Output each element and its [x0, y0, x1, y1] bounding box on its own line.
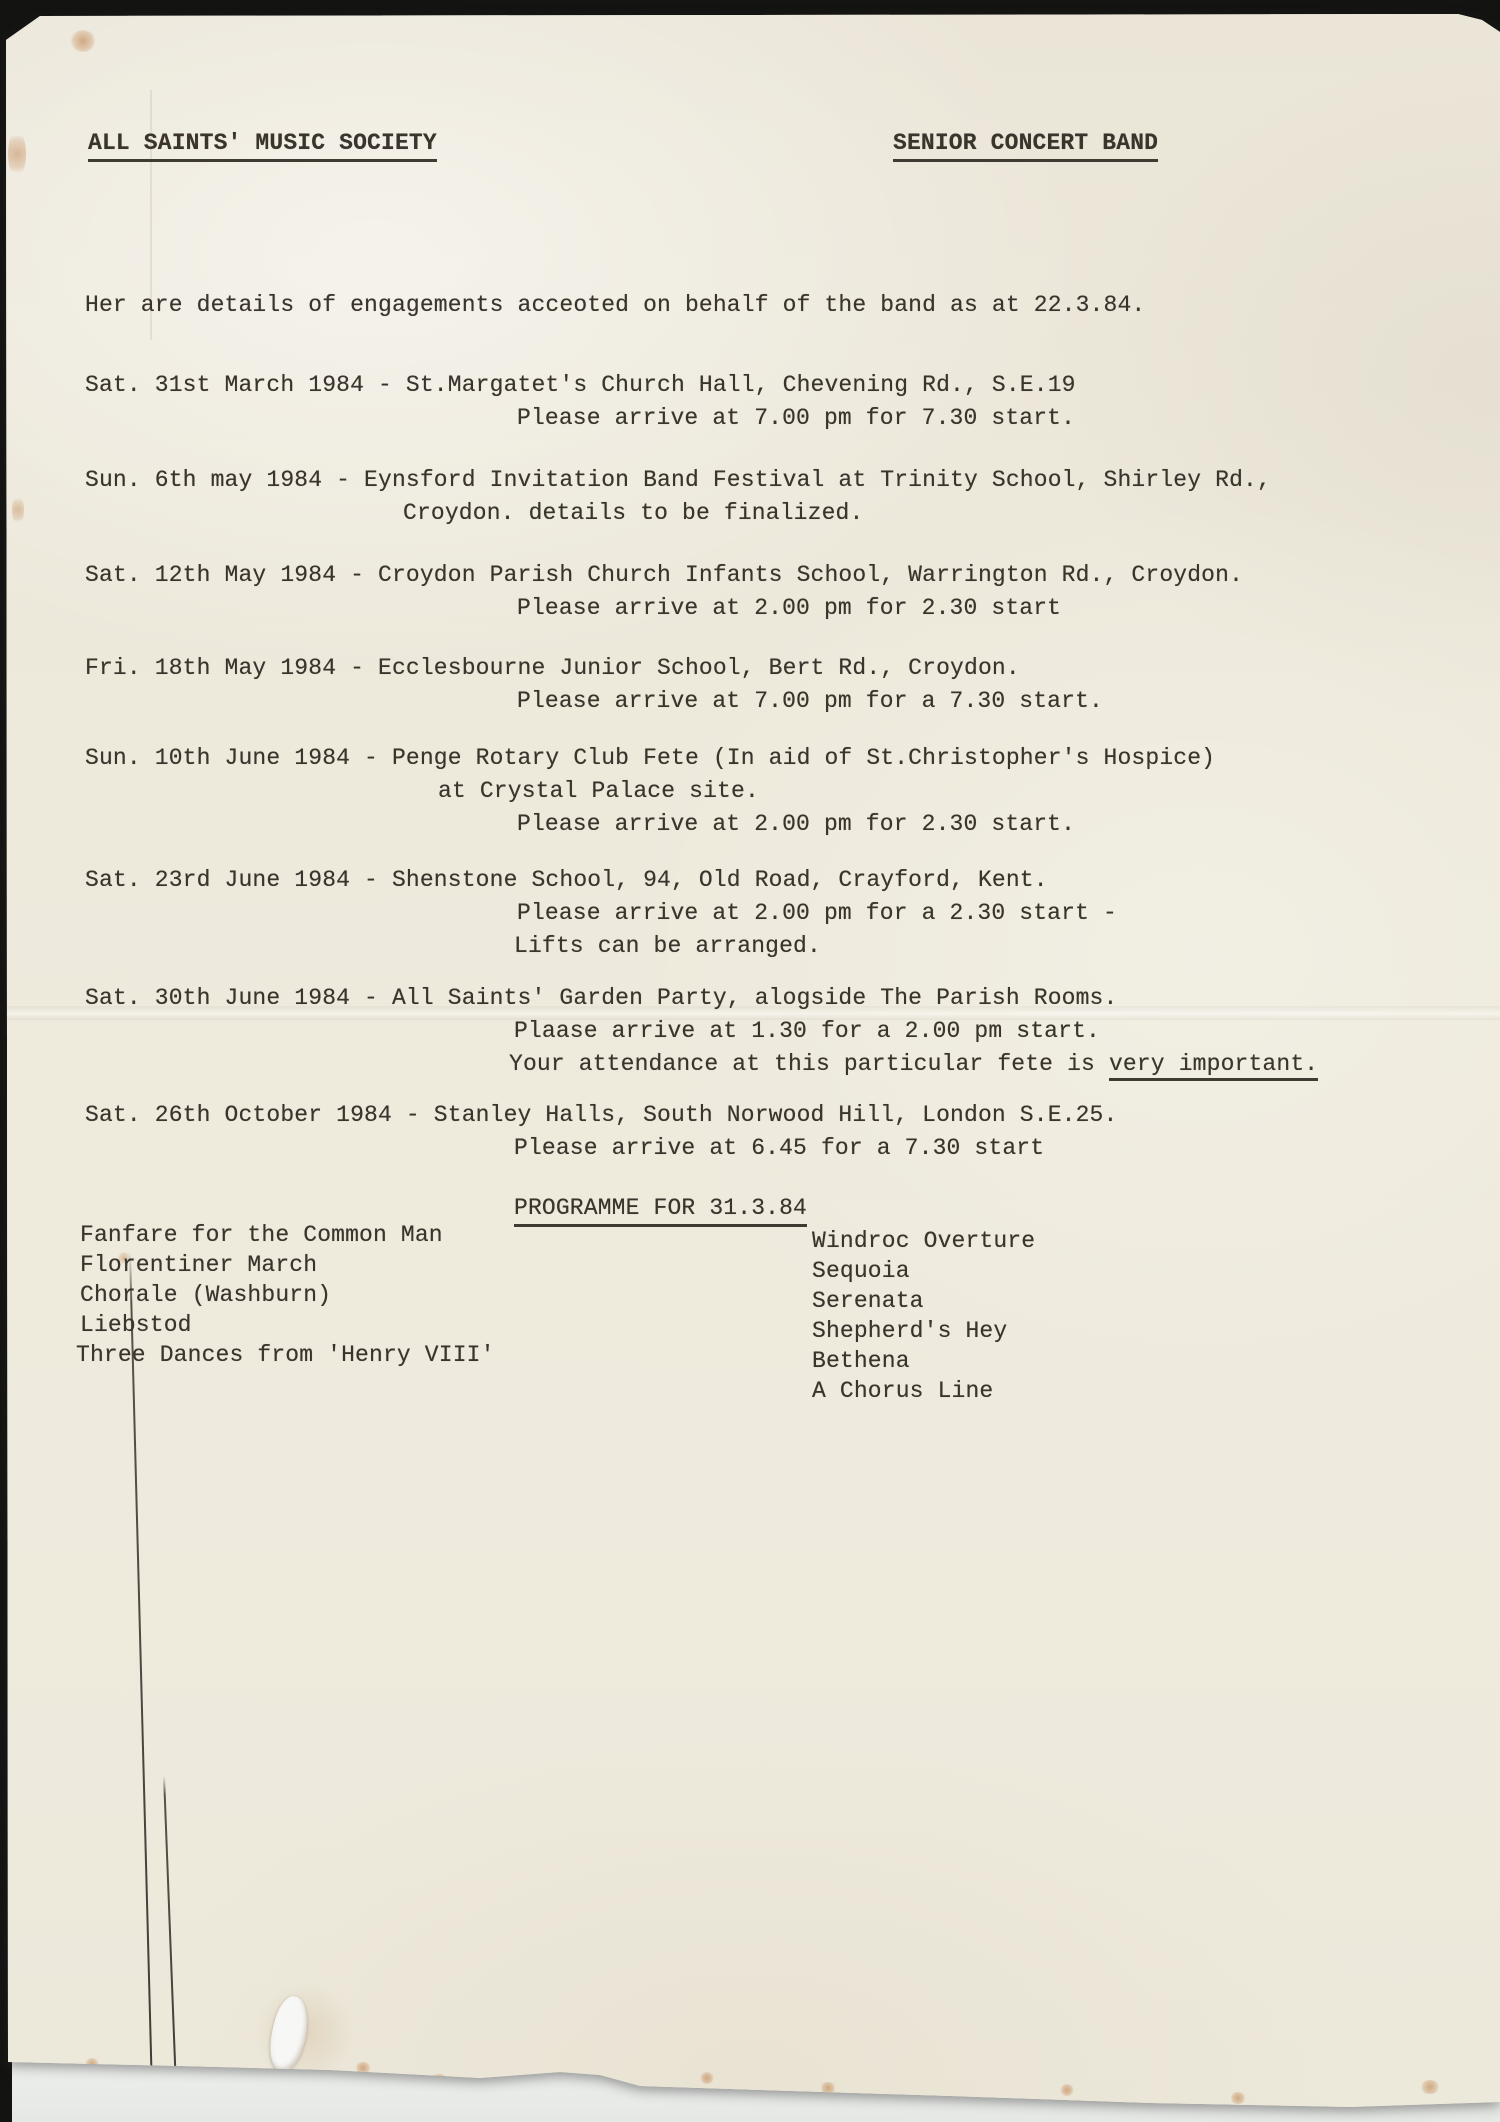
paper-surface: ALL SAINTS' MUSIC SOCIETY SENIOR CONCERT… [0, 0, 1500, 2122]
stain [700, 2072, 714, 2084]
stain [430, 2074, 448, 2086]
stain [355, 2062, 371, 2074]
very-important-note: very important. [1109, 1051, 1318, 1081]
society-title: ALL SAINTS' MUSIC SOCIETY [88, 130, 437, 162]
stain [820, 2082, 836, 2094]
programme-right-item: Shepherd's Hey [812, 1318, 1007, 1344]
engagement-1-line-2: Please arrive at 7.00 pm for 7.30 start. [517, 405, 1075, 431]
stain [1060, 2084, 1074, 2096]
stain [1420, 2080, 1440, 2094]
programme-left-item: Three Dances from 'Henry VIII' [76, 1342, 495, 1368]
engagement-2-line-1: Sun. 6th may 1984 - Eynsford Invitation … [85, 467, 1271, 493]
programme-left-item: Liebstod [80, 1312, 192, 1338]
paper-sheet: ALL SAINTS' MUSIC SOCIETY SENIOR CONCERT… [0, 0, 1500, 2122]
engagement-8-line-1: Sat. 26th October 1984 - Stanley Halls, … [85, 1102, 1117, 1128]
crease-line-left [129, 1252, 153, 2087]
programme-heading: PROGRAMME FOR 31.3.84 [514, 1195, 807, 1227]
engagement-5-line-3: Please arrive at 2.00 pm for 2.30 start. [517, 811, 1075, 837]
programme-right-item: A Chorus Line [812, 1378, 993, 1404]
engagement-8-line-2: Please arrive at 6.45 for a 7.30 start [514, 1135, 1044, 1161]
stain [12, 495, 24, 525]
engagement-3-line-2: Please arrive at 2.00 pm for 2.30 start [517, 595, 1061, 621]
engagement-4-line-1: Fri. 18th May 1984 - Ecclesbourne Junior… [85, 655, 1020, 681]
engagement-7-line-1: Sat. 30th June 1984 - All Saints' Garden… [85, 985, 1117, 1011]
stain [85, 2058, 99, 2070]
engagement-4-line-2: Please arrive at 7.00 pm for a 7.30 star… [517, 688, 1103, 714]
programme-right-item: Bethena [812, 1348, 910, 1374]
engagement-7-line-3: Your attendance at this particular fete … [509, 1051, 1318, 1077]
engagement-6-line-3: Lifts can be arranged. [514, 933, 821, 959]
stain [1230, 2092, 1246, 2104]
engagement-7-line-2: Plaase arrive at 1.30 for a 2.00 pm star… [514, 1018, 1100, 1044]
engagement-3-line-1: Sat. 12th May 1984 - Croydon Parish Chur… [85, 562, 1243, 588]
programme-left-item: Florentiner March [80, 1252, 317, 1278]
stain [8, 130, 26, 178]
programme-left-item: Chorale (Washburn) [80, 1282, 331, 1308]
crease-line-right [163, 1776, 177, 2094]
band-title: SENIOR CONCERT BAND [893, 130, 1158, 162]
engagement-2-line-2: Croydon. details to be finalized. [403, 500, 863, 526]
intro-line: Her are details of engagements acceoted … [85, 292, 1145, 318]
programme-right-item: Sequoia [812, 1258, 910, 1284]
engagement-1-line-1: Sat. 31st March 1984 - St.Margatet's Chu… [85, 372, 1076, 398]
stain [70, 30, 96, 52]
scanned-document: { "header": { "society": "ALL SAINTS' MU… [0, 0, 1500, 2122]
programme-left-item: Fanfare for the Common Man [80, 1222, 443, 1248]
engagement-5-line-1: Sun. 10th June 1984 - Penge Rotary Club … [85, 745, 1215, 771]
programme-right-item: Serenata [812, 1288, 924, 1314]
engagement-6-line-1: Sat. 23rd June 1984 - Shenstone School, … [85, 867, 1048, 893]
engagement-6-line-2: Please arrive at 2.00 pm for a 2.30 star… [517, 900, 1117, 926]
attendance-note: Your attendance at this particular fete … [509, 1051, 1109, 1077]
programme-right-item: Windroc Overture [812, 1228, 1035, 1254]
engagement-5-line-2: at Crystal Palace site. [438, 778, 759, 804]
